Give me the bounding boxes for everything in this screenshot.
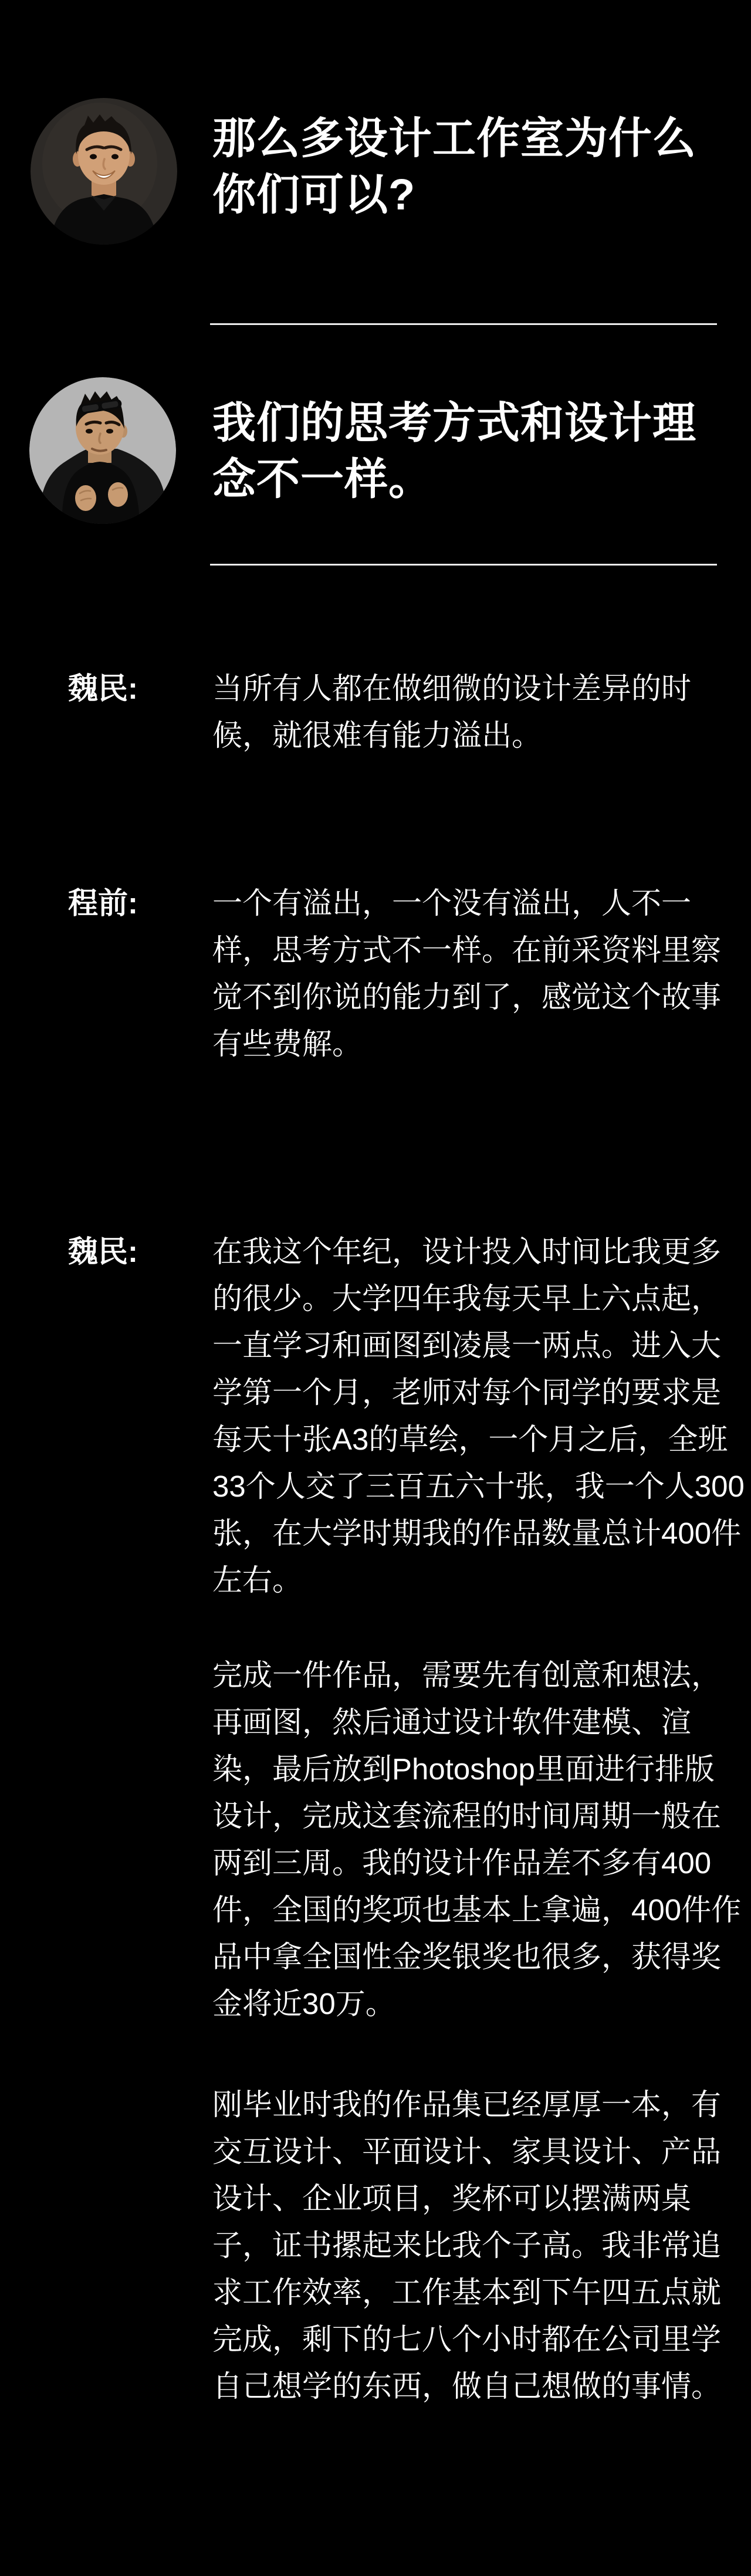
answer-heading-line: 念不一样。 bbox=[212, 451, 696, 507]
dialogue-text: 在我这个年纪，设计投入时间比我更多的很少。大学四年我每天早上六点起，一直学习和画… bbox=[212, 1228, 745, 1604]
dialogue-line: 的很少。大学四年我每天早上六点起， bbox=[212, 1275, 745, 1322]
dialogue-line: 再画图，然后通过设计软件建模、渲 bbox=[212, 1699, 741, 1746]
answer-heading: 我们的思考方式和设计理念不一样。 bbox=[212, 395, 696, 507]
dialogue-line: 交互设计、平面设计、家具设计、产品 bbox=[212, 2128, 721, 2175]
dialogue-line: 设计、企业项目，奖杯可以摆满两桌 bbox=[212, 2175, 721, 2222]
speaker-label: 魏民: bbox=[68, 1228, 138, 1275]
dialogue-line: 在我这个年纪，设计投入时间比我更多 bbox=[212, 1228, 745, 1275]
dialogue-line: 件，全国的奖项也基本上拿遍，400件作 bbox=[212, 1887, 741, 1934]
dialogue-line: 金将近30万。 bbox=[212, 1981, 741, 2027]
section-divider bbox=[210, 564, 717, 566]
speaker-label: 程前: bbox=[68, 880, 138, 927]
eye bbox=[106, 429, 113, 434]
answer-heading-line: 我们的思考方式和设计理 bbox=[212, 395, 696, 451]
dialogue-line: 一直学习和画图到凌晨一两点。进入大 bbox=[212, 1322, 745, 1369]
question-heading-line: 你们可以? bbox=[212, 167, 696, 223]
question-avatar bbox=[31, 98, 177, 245]
dialogue-line: 子，证书摞起来比我个子高。我非常追 bbox=[212, 2222, 721, 2269]
dialogue-text: 当所有人都在做细微的设计差异的时候，就很难有能力溢出。 bbox=[212, 665, 691, 759]
dialogue-line: 候，就很难有能力溢出。 bbox=[212, 712, 691, 759]
answer-avatar-photo bbox=[29, 377, 176, 524]
dialogue-line: 染，最后放到Photoshop里面进行排版 bbox=[212, 1746, 741, 1793]
eye bbox=[86, 429, 93, 434]
answer-avatar bbox=[29, 377, 176, 524]
dialogue-line: 左右。 bbox=[212, 1557, 745, 1604]
speaker-label: 魏民: bbox=[68, 665, 138, 712]
question-heading-line: 那么多设计工作室为什么 bbox=[212, 110, 696, 167]
dialogue-line: 当所有人都在做细微的设计差异的时 bbox=[212, 665, 691, 712]
eye bbox=[111, 154, 119, 160]
dialogue-line: 品中拿全国性金奖银奖也很多，获得奖 bbox=[212, 1934, 741, 1981]
dialogue-text: 完成一件作品，需要先有创意和想法，再画图，然后通过设计软件建模、渲染，最后放到P… bbox=[212, 1652, 741, 2027]
dialogue-line: 每天十张A3的草绘，一个月之后，全班 bbox=[212, 1416, 745, 1463]
interview-article-page: 那么多设计工作室为什么你们可以? 我们的 bbox=[0, 0, 751, 2576]
dialogue-line: 33个人交了三百五六十张，我一个人300 bbox=[212, 1463, 745, 1510]
dialogue-line: 求工作效率，工作基本到下午四五点就 bbox=[212, 2269, 721, 2316]
dialogue-text: 刚毕业时我的作品集已经厚厚一本，有交互设计、平面设计、家具设计、产品设计、企业项… bbox=[212, 2081, 721, 2410]
nose bbox=[99, 434, 100, 443]
section-divider bbox=[210, 323, 717, 325]
eye bbox=[90, 154, 97, 160]
dialogue-line: 有些费解。 bbox=[212, 1021, 721, 1068]
question-heading: 那么多设计工作室为什么你们可以? bbox=[212, 110, 696, 223]
hand bbox=[108, 482, 128, 507]
dialogue-line: 一个有溢出，一个没有溢出，人不一 bbox=[212, 880, 721, 927]
dialogue-line: 样，思考方式不一样。在前采资料里察 bbox=[212, 927, 721, 974]
dialogue-line: 自己想学的东西，做自己想做的事情。 bbox=[212, 2363, 721, 2410]
dialogue-line: 完成一件作品，需要先有创意和想法， bbox=[212, 1652, 741, 1699]
hand bbox=[75, 485, 96, 511]
dialogue-line: 觉不到你说的能力到了，感觉这个故事 bbox=[212, 974, 721, 1021]
dialogue-line: 刚毕业时我的作品集已经厚厚一本，有 bbox=[212, 2081, 721, 2128]
dialogue-line: 两到三周。我的设计作品差不多有400 bbox=[212, 1840, 741, 1887]
dialogue-line: 设计，完成这套流程的时间周期一般在 bbox=[212, 1793, 741, 1840]
dialogue-line: 学第一个月，老师对每个同学的要求是 bbox=[212, 1369, 745, 1416]
question-avatar-photo bbox=[31, 98, 177, 245]
dialogue-line: 完成，剩下的七八个小时都在公司里学 bbox=[212, 2316, 721, 2363]
dialogue-line: 张，在大学时期我的作品数量总计400件 bbox=[212, 1510, 745, 1557]
dialogue-text: 一个有溢出，一个没有溢出，人不一样，思考方式不一样。在前采资料里察觉不到你说的能… bbox=[212, 880, 721, 1068]
